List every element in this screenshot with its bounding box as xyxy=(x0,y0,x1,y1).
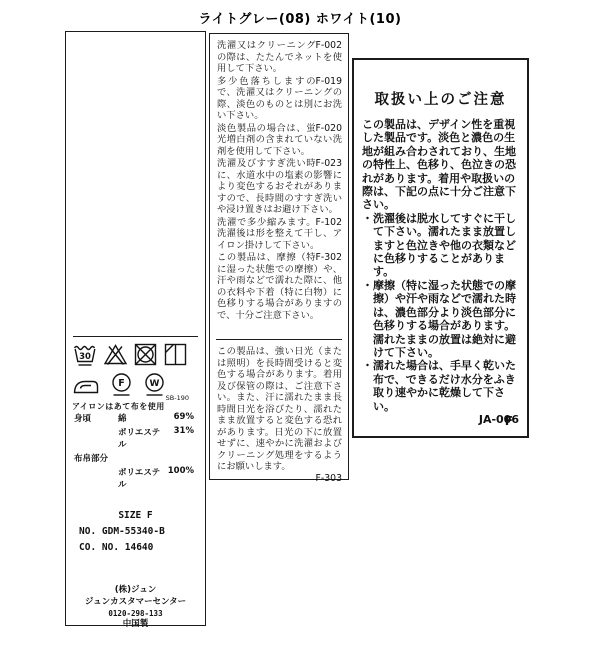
comp-material: ポリエステル xyxy=(118,466,168,490)
do-not-bleach-icon xyxy=(103,342,128,367)
care-note-code: F-020 xyxy=(316,123,342,135)
comp-part: 身頃 xyxy=(74,412,118,424)
line-dry-in-shade-icon xyxy=(163,342,188,367)
comp-material: 綿 xyxy=(118,412,168,424)
divider xyxy=(216,339,342,340)
page-title: ライトグレー(08) ホワイト(10) xyxy=(0,8,600,27)
comp-material xyxy=(118,452,168,464)
comp-pct xyxy=(168,452,194,464)
product-id-block: SIZE F NO. GDM-55340-B CO. NO. 14640 xyxy=(66,510,205,558)
care-note-code: F-303 xyxy=(217,473,342,485)
care-symbol-row-2: F W xyxy=(72,372,166,397)
care-note: F-102洗濯で多少縮みます。洗濯後は形を整えて干し、アイロン掛けして下さい。 xyxy=(217,217,342,252)
size-label: SIZE F xyxy=(66,510,205,521)
precaution-item: 濡れた場合は、手早く乾いた布で、できるだけ水分をふき取り速やかに乾燥して下さい。 xyxy=(362,359,521,413)
comp-pct: 100% xyxy=(168,466,194,490)
do-not-tumble-dry-icon xyxy=(133,342,158,367)
divider xyxy=(73,336,198,337)
precautions-code: JA-006 xyxy=(362,413,521,426)
wash-30-mild-icon: 30 xyxy=(72,342,98,367)
precaution-item: 摩擦（特に湿った状態での摩擦）や汗や雨などで濡れた時は、濃色部分より淡色部分に色… xyxy=(362,279,521,359)
precaution-item: 洗濯後は脱水してすぐに干して下さい。濡れたまま放置しますと色泣きや他の衣類などに… xyxy=(362,212,521,279)
care-label-panel: 30 xyxy=(65,31,206,626)
comp-part: 布帛部分 xyxy=(74,452,118,464)
lot-code: SB-190 xyxy=(166,394,189,402)
care-note-code: F-302 xyxy=(316,252,342,264)
handling-precautions-panel: 取扱い上のご注意 この製品は、デザイン性を重視した製品です。淡色と濃色の生地が組… xyxy=(352,58,529,438)
dry-clean-f-icon: F xyxy=(110,372,133,397)
svg-text:W: W xyxy=(150,379,160,389)
svg-text:F: F xyxy=(118,378,125,389)
care-note-code: F-019 xyxy=(316,76,342,88)
care-notes-panel: F-002洗濯又はクリーニングの際は、たたんでネットを使用して下さい。 F-01… xyxy=(209,33,349,480)
precautions-body: この製品は、デザイン性を重視した製品です。淡色と濃色の生地が組み合わされており、… xyxy=(354,109,527,426)
precautions-heading: 取扱い上のご注意 xyxy=(354,88,527,109)
company-name: (株)ジュン xyxy=(66,585,205,597)
precautions-intro: この製品は、デザイン性を重視した製品です。淡色と濃色の生地が組み合わされており、… xyxy=(362,118,521,212)
care-note-code: F-002 xyxy=(316,40,342,52)
maker-block: (株)ジュン ジュンカスタマーセンター 0120-298-133 中国製 xyxy=(66,585,205,631)
comp-pct: 31% xyxy=(168,426,194,450)
svg-text:30: 30 xyxy=(79,352,91,362)
phone-number: 0120-298-133 xyxy=(66,609,205,620)
care-note: F-002洗濯又はクリーニングの際は、たたんでネットを使用して下さい。 xyxy=(217,40,342,75)
co-number: CO. NO. 14640 xyxy=(66,542,205,553)
iron-note: アイロンはあて布を使用 xyxy=(72,401,165,412)
care-symbol-row-1: 30 xyxy=(72,342,188,367)
care-note-code: F-023 xyxy=(316,158,342,170)
care-notes-top: F-002洗濯又はクリーニングの際は、たたんでネットを使用して下さい。 F-01… xyxy=(217,40,342,338)
care-notes-bottom: この製品は、強い日光（または照明）を長時間受けると変色する場合があります。着用及… xyxy=(217,346,342,484)
comp-part xyxy=(74,466,118,490)
care-note: F-019多少色落ちしますので、洗濯又はクリーニングの際、淡色のものとは別にお洗… xyxy=(217,76,342,122)
care-note-code: F-102 xyxy=(316,217,342,229)
wet-clean-w-icon: W xyxy=(143,372,166,397)
size-mark: F xyxy=(505,414,513,428)
care-note: F-023洗濯及びすすぎ洗い時に、水道水中の塩素の影響により変色するおそれがあり… xyxy=(217,158,342,216)
item-number: NO. GDM-55340-B xyxy=(66,526,205,537)
care-note: F-302この製品は、摩擦（特に湿った状態での摩擦）や、汗や雨などで濡れた際に、… xyxy=(217,252,342,321)
comp-pct: 69% xyxy=(168,412,194,424)
iron-icon xyxy=(72,375,100,397)
care-note: F-020淡色製品の場合は、蛍光増白剤の含まれていない洗剤を使用して下さい。 xyxy=(217,123,342,158)
composition-table: 身頃 綿 69% ポリエステル 31% 布帛部分 ポリエステル 100% xyxy=(74,412,194,490)
country-of-origin: 中国製 xyxy=(66,619,205,631)
customer-center: ジュンカスタマーセンター xyxy=(66,597,205,609)
comp-part xyxy=(74,426,118,450)
care-note: この製品は、強い日光（または照明）を長時間受けると変色する場合があります。着用及… xyxy=(217,346,342,472)
comp-material: ポリエステル xyxy=(118,426,168,450)
